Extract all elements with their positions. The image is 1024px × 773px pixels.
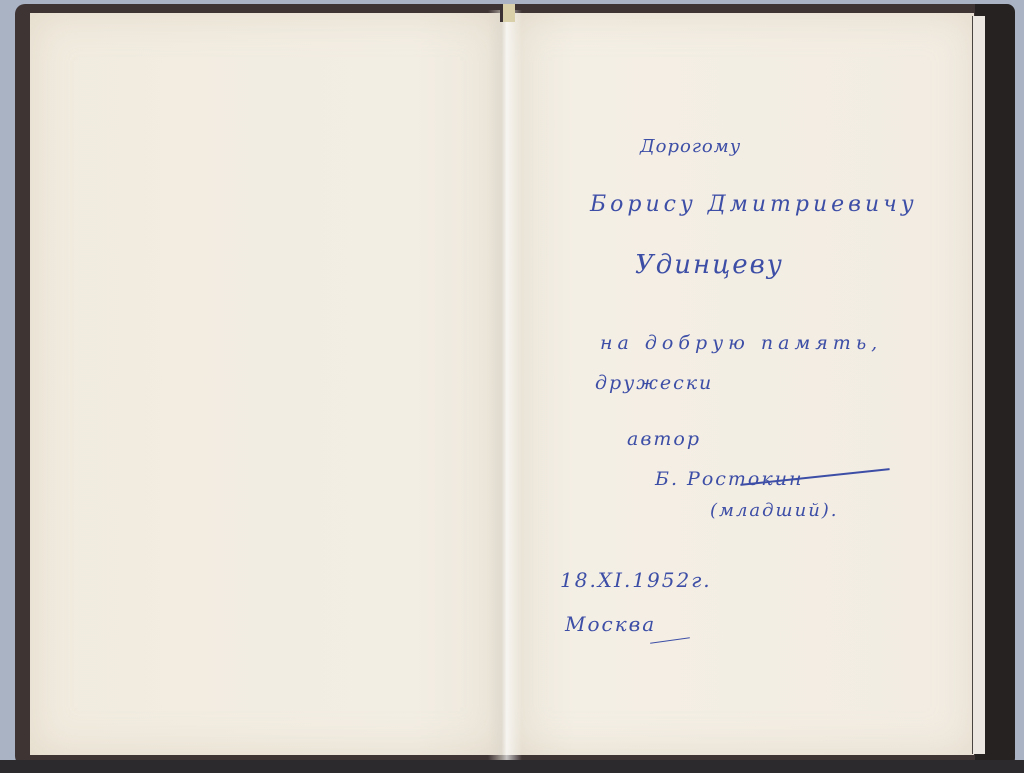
inscription-recipient-name: Борису Дмитриевичу (590, 192, 918, 217)
inscription-signature-note: (младший). (710, 500, 839, 521)
inscription-recipient-surname: Удинцеву (635, 250, 784, 280)
inscription-place: Москва (565, 612, 656, 636)
right-flyleaf (504, 13, 974, 755)
inscription-closing: дружески (595, 372, 713, 394)
left-flyleaf (30, 13, 508, 755)
page-block-edge (972, 16, 985, 754)
inscription-role: автор (627, 428, 701, 450)
bottom-shadow (0, 760, 1024, 773)
inscription-salutation: Дорогому (640, 136, 741, 157)
inscription-message: на добрую память, (600, 332, 882, 354)
book-gutter (488, 10, 522, 760)
inscription-date: 18.XI.1952г. (560, 568, 712, 592)
spine-headband (500, 4, 515, 22)
